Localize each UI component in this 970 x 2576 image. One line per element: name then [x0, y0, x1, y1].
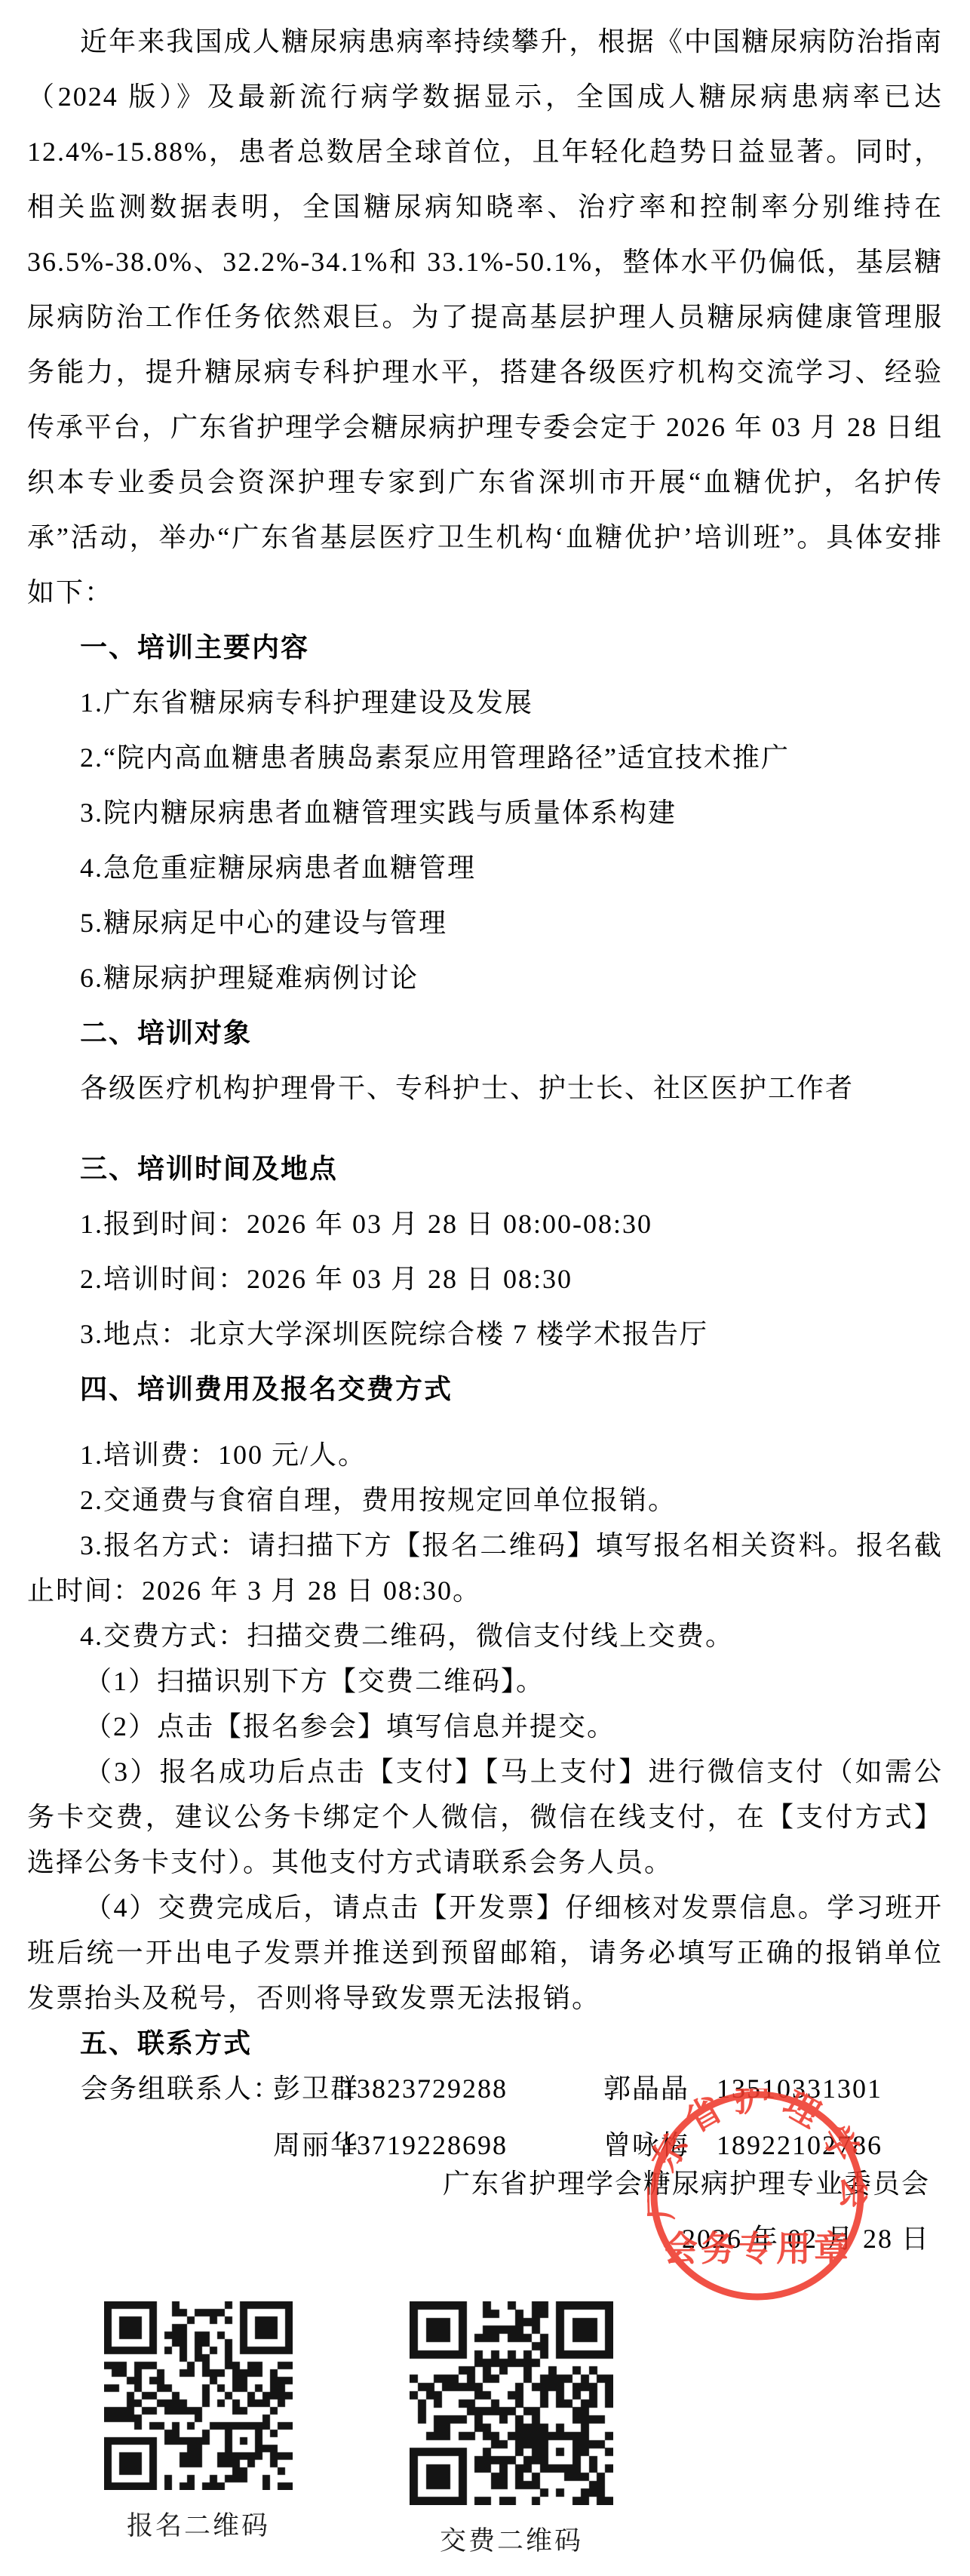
- contact-label: 会务组联系人：: [81, 2066, 281, 2111]
- payment-step: （4）交费完成后，请点击【开发票】仔细核对发票信息。学习班开班后统一开出电子发票…: [27, 1885, 943, 2021]
- signature-block: 广东省护理学会糖尿病护理专业委员会 2026 年 02 月 28 日: [443, 2156, 930, 2267]
- qr-code-section: 报名二维码 交费二维码: [104, 2301, 613, 2558]
- document-body: 近年来我国成人糖尿病患病率持续攀升，根据《中国糖尿病防治指南（2024 版）》及…: [0, 0, 970, 2168]
- payment-qr-code: [410, 2301, 613, 2505]
- registration-qr-label: 报名二维码: [127, 2505, 270, 2543]
- payment-step: （2）点击【报名参会】填写信息并提交。: [27, 1704, 943, 1749]
- fee-item: 1.培训费：100 元/人。: [27, 1432, 943, 1477]
- section5-heading: 五、联系方式: [27, 2021, 943, 2066]
- training-content-item: 3.院内糖尿病患者血糖管理实践与质量体系构建: [27, 785, 943, 841]
- training-content-item: 4.急危重症糖尿病患者血糖管理: [27, 841, 943, 896]
- section1-heading: 一、培训主要内容: [27, 620, 943, 675]
- training-content-item: 2.“院内高血糖患者胰岛素泵应用管理路径”适宜技术推广: [27, 730, 943, 785]
- fee-item: 4.交费方式：扫描交费二维码，微信支付线上交费。: [27, 1613, 943, 1658]
- fee-item: 2.交通费与食宿自理，费用按规定回单位报销。: [27, 1477, 943, 1523]
- training-content-item: 1.广东省糖尿病专科护理建设及发展: [27, 675, 943, 730]
- schedule-item: 3.地点：北京大学深圳医院综合楼 7 楼学术报告厅: [27, 1307, 943, 1362]
- contact-name: 郭晶晶: [603, 2066, 689, 2111]
- payment-step: （1）扫描识别下方【交费二维码】。: [27, 1658, 943, 1704]
- contact-phone: 13823729288: [342, 2066, 508, 2111]
- issuing-organization: 广东省护理学会糖尿病护理专业委员会: [443, 2156, 930, 2212]
- section2-heading: 二、培训对象: [27, 1006, 943, 1061]
- fee-item: 3.报名方式：请扫描下方【报名二维码】填写报名相关资料。报名截止时间：2026 …: [27, 1523, 943, 1613]
- section3-heading: 三、培训时间及地点: [27, 1142, 943, 1197]
- registration-qr-code: [104, 2301, 293, 2490]
- training-content-item: 5.糖尿病足中心的建设与管理: [27, 896, 943, 951]
- issue-date: 2026 年 02 月 28 日: [443, 2212, 930, 2267]
- schedule-item: 2.培训时间：2026 年 03 月 28 日 08:30: [27, 1252, 943, 1307]
- contact-row: 会务组联系人： 彭卫群 13823729288 郭晶晶 13510331301: [27, 2066, 943, 2111]
- training-content-item: 6.糖尿病护理疑难病例讨论: [27, 951, 943, 1006]
- registration-qr-block: 报名二维码: [104, 2301, 293, 2558]
- schedule-item: 1.报到时间：2026 年 03 月 28 日 08:00-08:30: [27, 1197, 943, 1252]
- payment-qr-label: 交费二维码: [440, 2520, 583, 2558]
- payment-qr-block: 交费二维码: [410, 2301, 613, 2558]
- document-page: 近年来我国成人糖尿病患病率持续攀升，根据《中国糖尿病防治指南（2024 版）》及…: [0, 0, 970, 2576]
- section4-heading: 四、培训费用及报名交费方式: [27, 1362, 943, 1417]
- intro-paragraph: 近年来我国成人糖尿病患病率持续攀升，根据《中国糖尿病防治指南（2024 版）》及…: [27, 14, 943, 620]
- payment-step: （3）报名成功后点击【支付】【马上支付】进行微信支付（如需公务卡交费，建议公务卡…: [27, 1749, 943, 1885]
- trainee-audience: 各级医疗机构护理骨干、专科护士、护士长、社区医护工作者: [27, 1061, 943, 1116]
- contact-phone: 13510331301: [717, 2066, 883, 2111]
